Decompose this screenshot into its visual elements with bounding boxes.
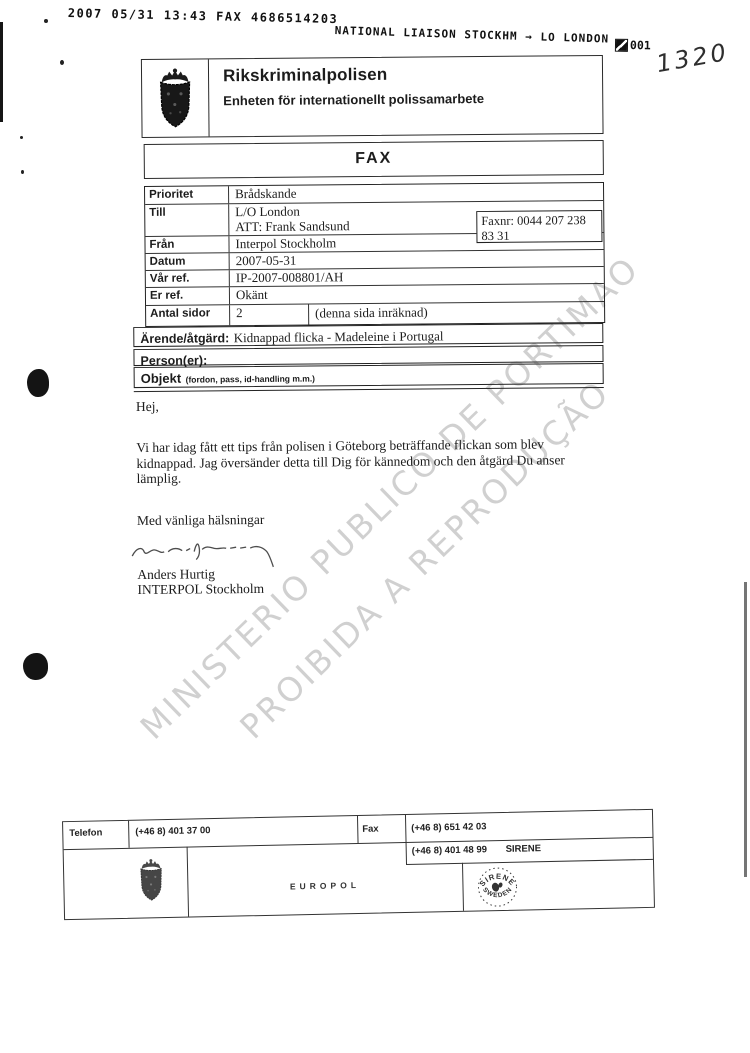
fax-value-2-number: (+46 8) 401 48 99 xyxy=(412,844,487,857)
subject-label: Ärende/åtgärd: xyxy=(140,331,229,346)
fax-label: Fax xyxy=(362,824,379,835)
meta-value: 2007-05-31 xyxy=(230,253,303,270)
double-rule xyxy=(134,387,604,392)
page-count-note: (denna sida inräknad) xyxy=(308,303,434,324)
meta-row-antal-sidor: Antal sidor 2 (denna sida inräknad) xyxy=(146,301,604,326)
greeting: Hej, xyxy=(136,399,159,415)
europol-label: EUROPOL xyxy=(187,878,462,894)
sirene-suffix: SIRENE xyxy=(506,843,542,855)
antal-sidor-cells: 2 (denna sida inräknad) xyxy=(230,302,604,325)
subject-value: Kidnappad flicka - Madeleine i Portugal xyxy=(234,328,444,345)
signature-org: INTERPOL Stockholm xyxy=(137,581,264,598)
meta-value: Okänt xyxy=(230,287,274,304)
letterhead: Rikskriminalpolisen Enheten för internat… xyxy=(141,55,604,138)
footer-crest xyxy=(136,858,167,906)
fax-meta-table: Prioritet Brådskande Till L/O London ATT… xyxy=(144,182,605,327)
meta-label: Antal sidor xyxy=(146,305,230,326)
fax-value-2: (+46 8) 401 48 99 SIRENE xyxy=(412,843,541,857)
meta-label: Prioritet xyxy=(145,186,229,204)
sirene-sweden-stamp-icon: SIRENE SWEDEN xyxy=(473,863,522,912)
subject-row-arende: Ärende/åtgärd: Kidnappad flicka - Madele… xyxy=(133,323,603,347)
till-line-2: ATT: Frank Sandsund xyxy=(235,219,349,234)
meta-label: Till xyxy=(145,204,229,236)
footer-line xyxy=(357,816,359,843)
document-title: FAX xyxy=(144,140,604,179)
footer-line xyxy=(406,859,653,865)
signature-name: Anders Hurtig xyxy=(137,566,215,582)
footer-contact-table: Telefon (+46 8) 401 37 00 Fax (+46 8) 65… xyxy=(62,809,655,920)
meta-label: Från xyxy=(145,236,229,253)
meta-value: Interpol Stockholm xyxy=(229,235,342,252)
meta-label: Datum xyxy=(146,253,230,270)
subject-note: (fordon, pass, id-handling m.m.) xyxy=(186,373,315,384)
meta-label: Vår ref. xyxy=(146,270,230,287)
meta-value: L/O London ATT: Frank Sandsund xyxy=(229,203,355,235)
meta-label: Er ref. xyxy=(146,287,230,305)
body-paragraph: Vi har idag fått ett tips från polisen i… xyxy=(136,436,618,487)
telefon-value: (+46 8) 401 37 00 xyxy=(135,825,210,838)
subject-label: Objekt xyxy=(141,371,182,386)
letter-content: Rikskriminalpolisen Enheten för internat… xyxy=(0,0,750,703)
swedish-police-crest-icon xyxy=(153,67,198,129)
sirene-stamp: SIRENE SWEDEN xyxy=(473,863,522,915)
organisation-name: Rikskriminalpolisen xyxy=(223,64,484,86)
unit-name: Enheten för internationellt polissamarbe… xyxy=(223,91,484,108)
telefon-label: Telefon xyxy=(69,827,102,839)
page-count-value: 2 xyxy=(230,305,308,326)
closing-phrase: Med vänliga hälsningar xyxy=(137,512,265,529)
fax-number-cell: Faxnr: 0044 207 238 83 31 xyxy=(476,210,602,243)
footer-line xyxy=(187,847,189,917)
footer-line xyxy=(128,821,130,848)
swedish-police-crest-small-icon xyxy=(136,858,167,903)
meta-value: IP-2007-008801/AH xyxy=(230,269,350,286)
footer-line xyxy=(405,815,407,864)
meta-value: Brådskande xyxy=(229,186,303,204)
letterhead-text: Rikskriminalpolisen Enheten för internat… xyxy=(209,57,484,136)
scanned-fax-page: 2007 05/31 13:43 FAX 4686514203 NATIONAL… xyxy=(0,0,750,1053)
subject-row-objekt: Objekt (fordon, pass, id-handling m.m.) xyxy=(134,363,604,388)
fax-value-1: (+46 8) 651 42 03 xyxy=(411,821,486,834)
letterhead-logo-cell xyxy=(142,59,210,137)
